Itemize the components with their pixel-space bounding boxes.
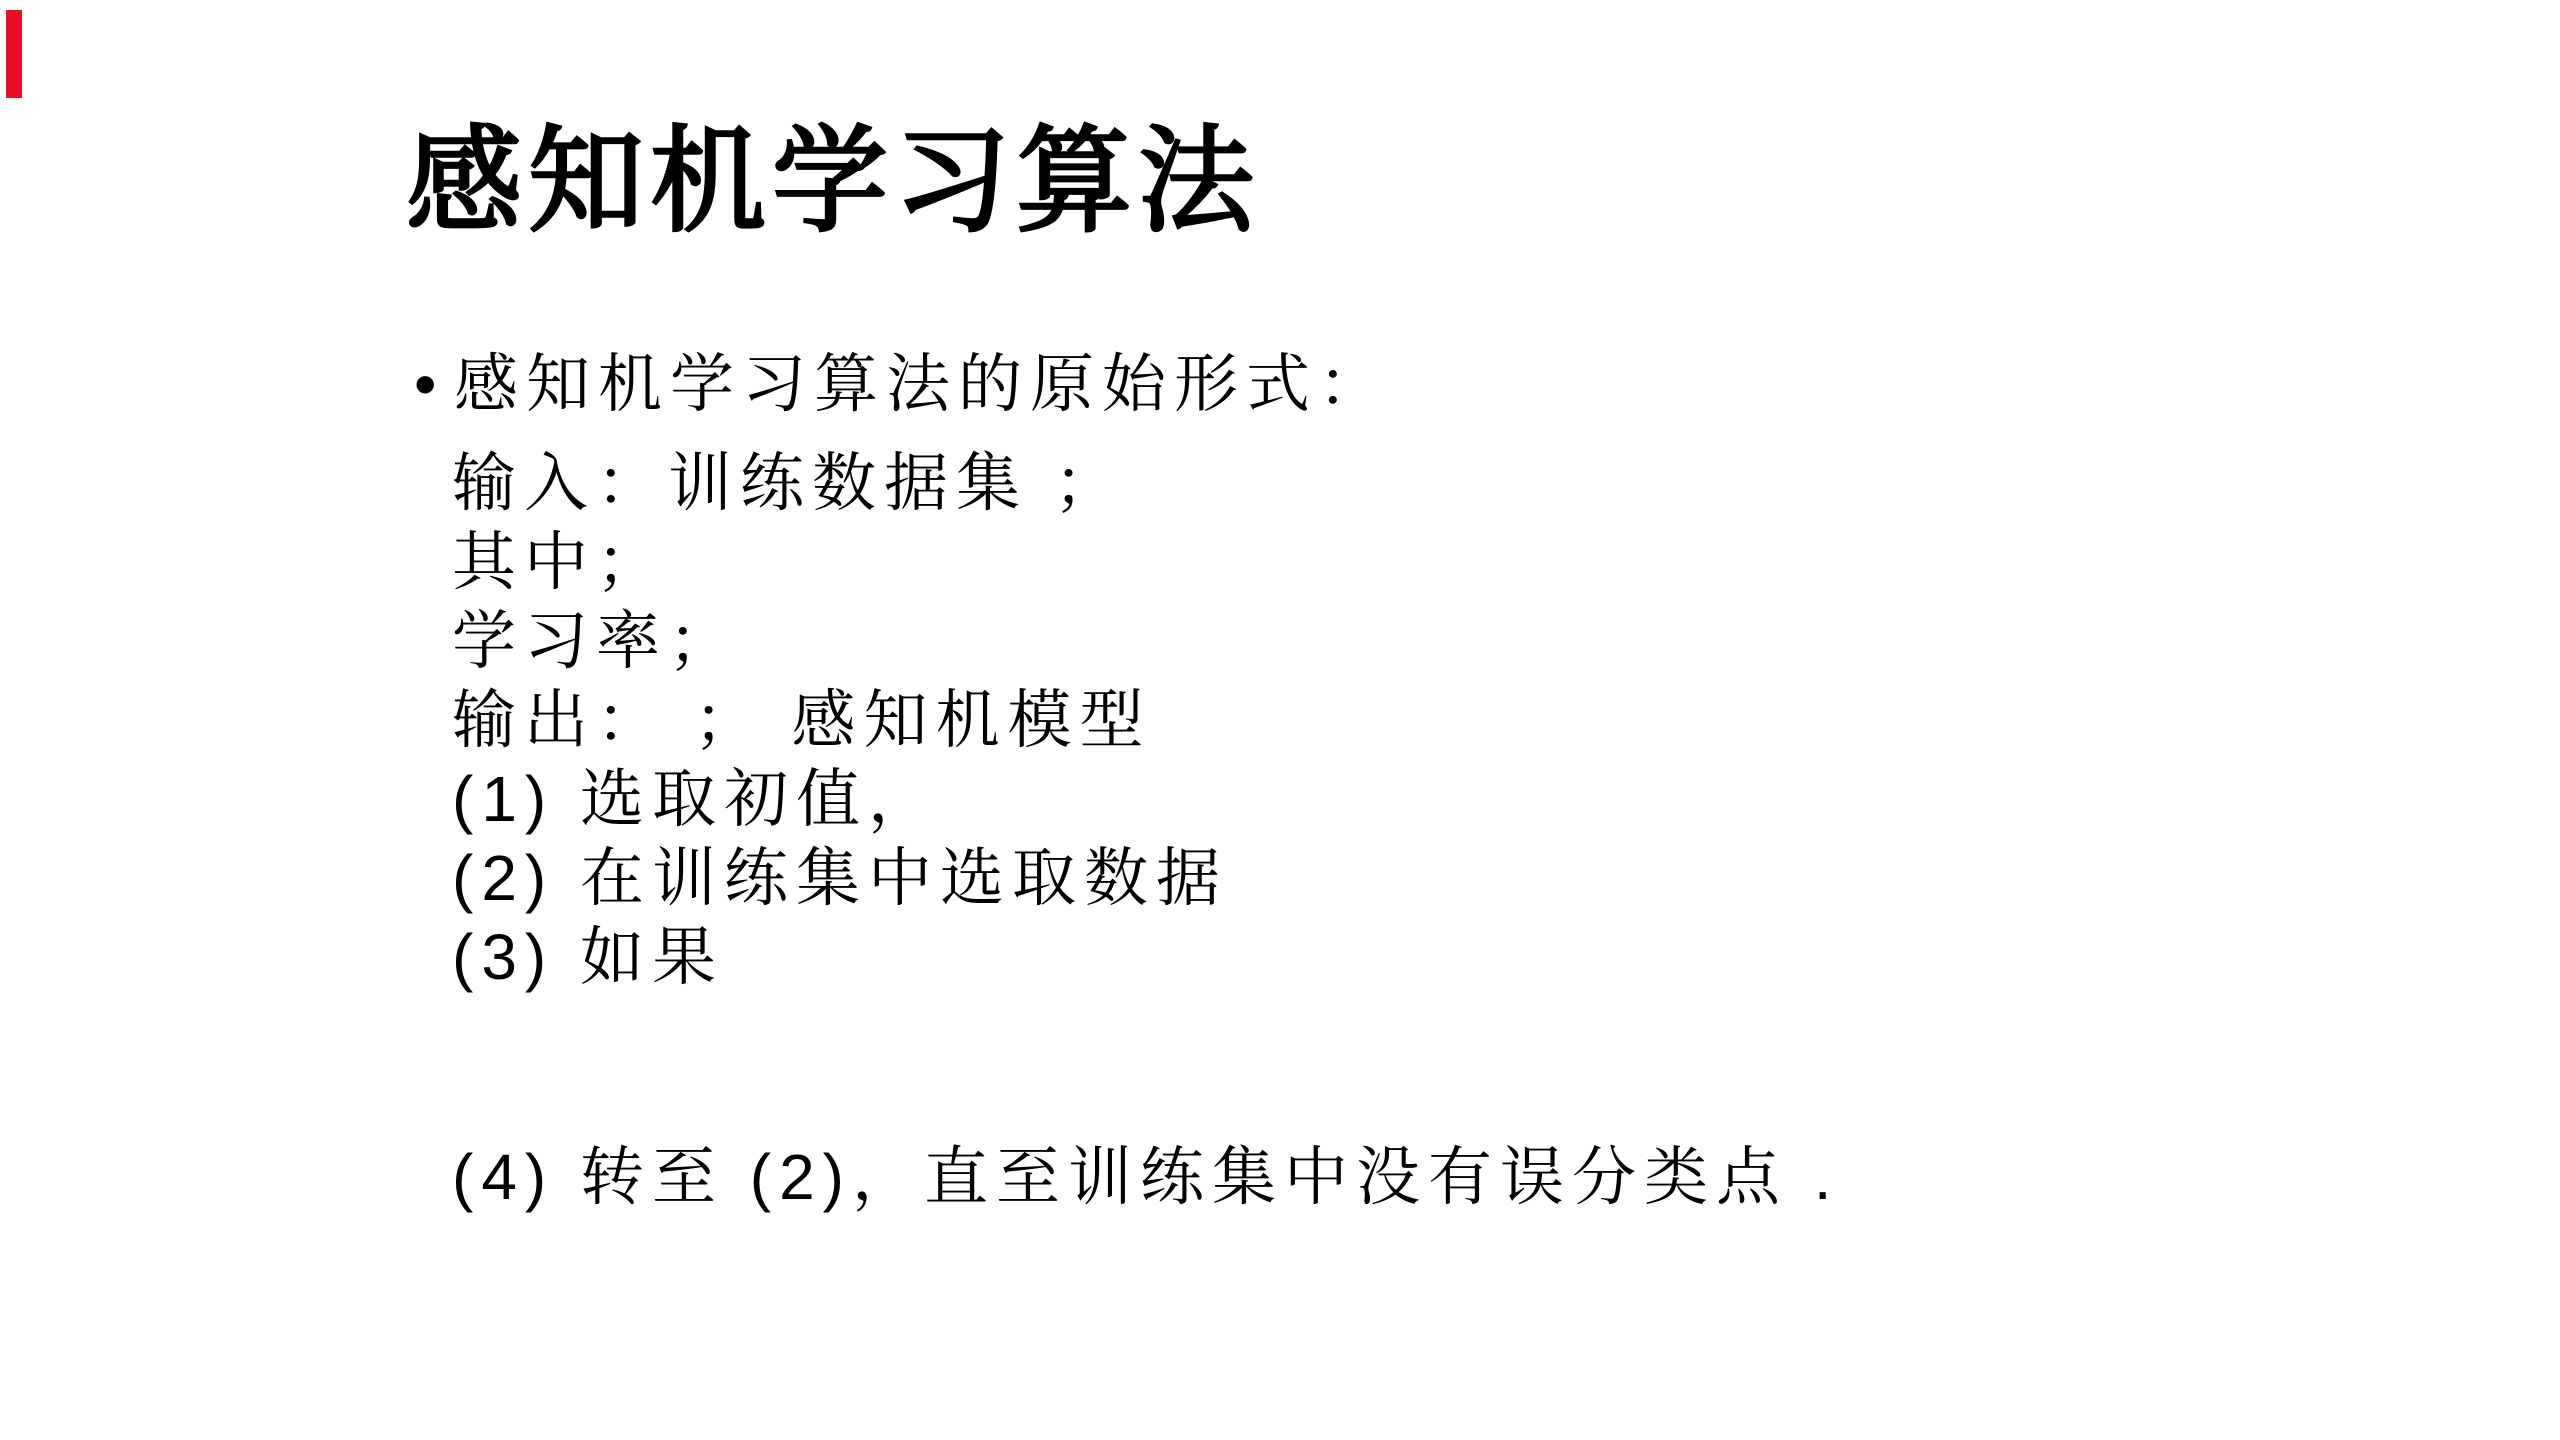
bullet-text: 感知机学习算法的原始形式： xyxy=(454,352,1390,416)
body-line-where: 其中； xyxy=(452,523,1840,602)
body-text-block: 输入：训练数据集 ； 其中； 学习率； 输出： ； 感知机模型 (1) 选取初值… xyxy=(452,444,1840,1217)
body-line-step-1: (1) 选取初值， xyxy=(452,760,1840,839)
bullet-row: • 感知机学习算法的原始形式： xyxy=(414,352,1390,416)
body-line-output: 输出： ； 感知机模型 xyxy=(452,681,1840,760)
body-line-input: 输入：训练数据集 ； xyxy=(452,444,1840,523)
body-line-step-3: (3) 如果 xyxy=(452,918,1840,997)
left-edge-red-marker xyxy=(6,10,22,98)
bullet-icon: • xyxy=(414,352,454,416)
body-line-step-2: (2) 在训练集中选取数据 xyxy=(452,839,1840,918)
body-line-step-4: (4) 转至 (2)，直至训练集中没有误分类点 . xyxy=(452,1138,1840,1217)
body-line-learning-rate: 学习率； xyxy=(452,602,1840,681)
slide-title: 感知机学习算法 xyxy=(406,118,1260,246)
